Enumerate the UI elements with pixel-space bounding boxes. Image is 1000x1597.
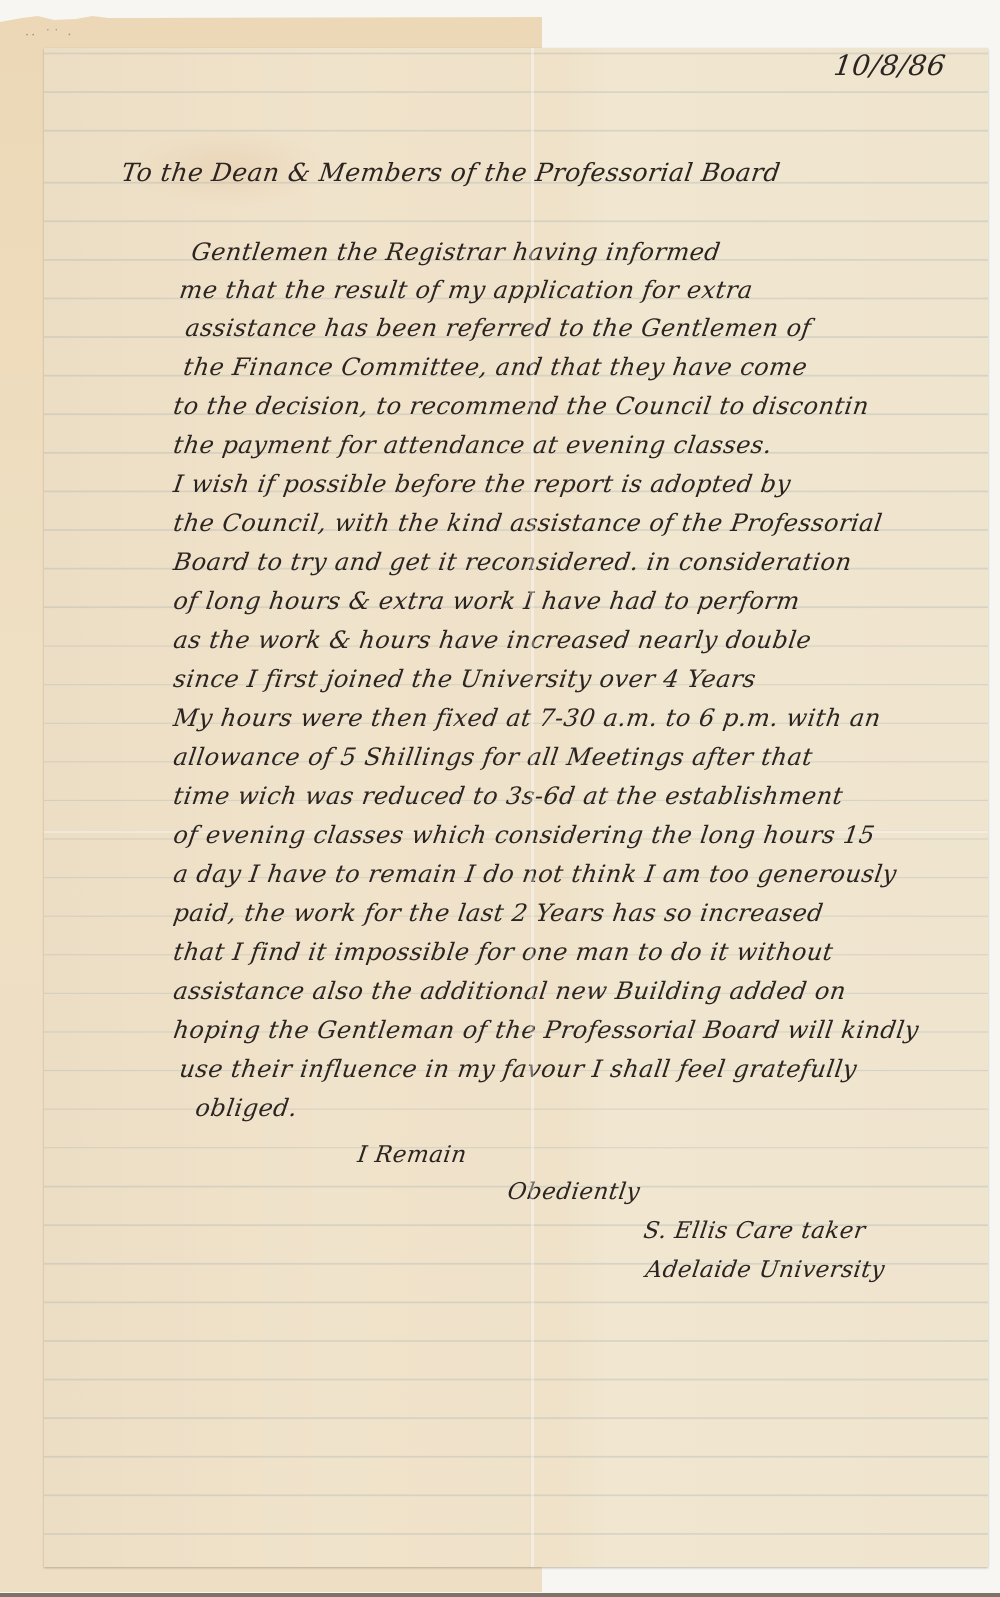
closing-obediently: Obediently	[506, 1181, 642, 1204]
body-line-23: obliged.	[194, 1096, 299, 1120]
letter-date: 10/8/86	[832, 52, 947, 80]
letter-page: 10/8/86 To the Dean & Members of the Pro…	[44, 48, 988, 1567]
body-line-3: assistance has been referred to the Gent…	[184, 316, 813, 340]
body-line-4: the Finance Committee, and that they hav…	[182, 355, 809, 379]
body-line-11: as the work & hours have increased nearl…	[172, 628, 813, 652]
closing-remain: I Remain	[356, 1144, 468, 1167]
body-line-9: Board to try and get it reconsidered. in…	[172, 550, 853, 574]
body-line-19: that I find it impossible for one man to…	[172, 940, 835, 964]
body-line-1: Gentlemen the Registrar having informed	[190, 240, 722, 264]
body-line-15: time wich was reduced to 3s-6d at the es…	[172, 784, 845, 808]
body-line-18: paid, the work for the last 2 Years has …	[172, 901, 825, 925]
body-line-13: My hours were then fixed at 7-30 a.m. to…	[172, 706, 883, 730]
body-line-20: assistance also the additional new Build…	[172, 979, 848, 1003]
body-line-5: to the decision, to recommend the Counci…	[172, 394, 871, 418]
body-line-12: since I first joined the University over…	[172, 667, 758, 691]
body-line-10: of long hours & extra work I have had to…	[172, 589, 801, 613]
scan-edge	[0, 1593, 1000, 1597]
body-line-6: the payment for attendance at evening cl…	[172, 433, 774, 457]
salutation: To the Dean & Members of the Professoria…	[120, 160, 782, 185]
body-line-16: of evening classes which considering the…	[172, 823, 877, 847]
body-line-8: the Council, with the kind assistance of…	[172, 511, 884, 535]
body-line-7: I wish if possible before the report is …	[172, 472, 793, 496]
body-line-21: hoping the Gentleman of the Professorial…	[172, 1018, 920, 1042]
body-line-2: me that the result of my application for…	[178, 278, 754, 302]
signature: S. Ellis Care taker	[642, 1220, 867, 1243]
body-line-14: allowance of 5 Shillings for all Meeting…	[172, 745, 814, 769]
signature-affiliation: Adelaide University	[644, 1259, 886, 1282]
body-line-22: use their influence in my favour I shall…	[178, 1057, 859, 1081]
body-line-17: a day I have to remain I do not think I …	[172, 862, 898, 886]
